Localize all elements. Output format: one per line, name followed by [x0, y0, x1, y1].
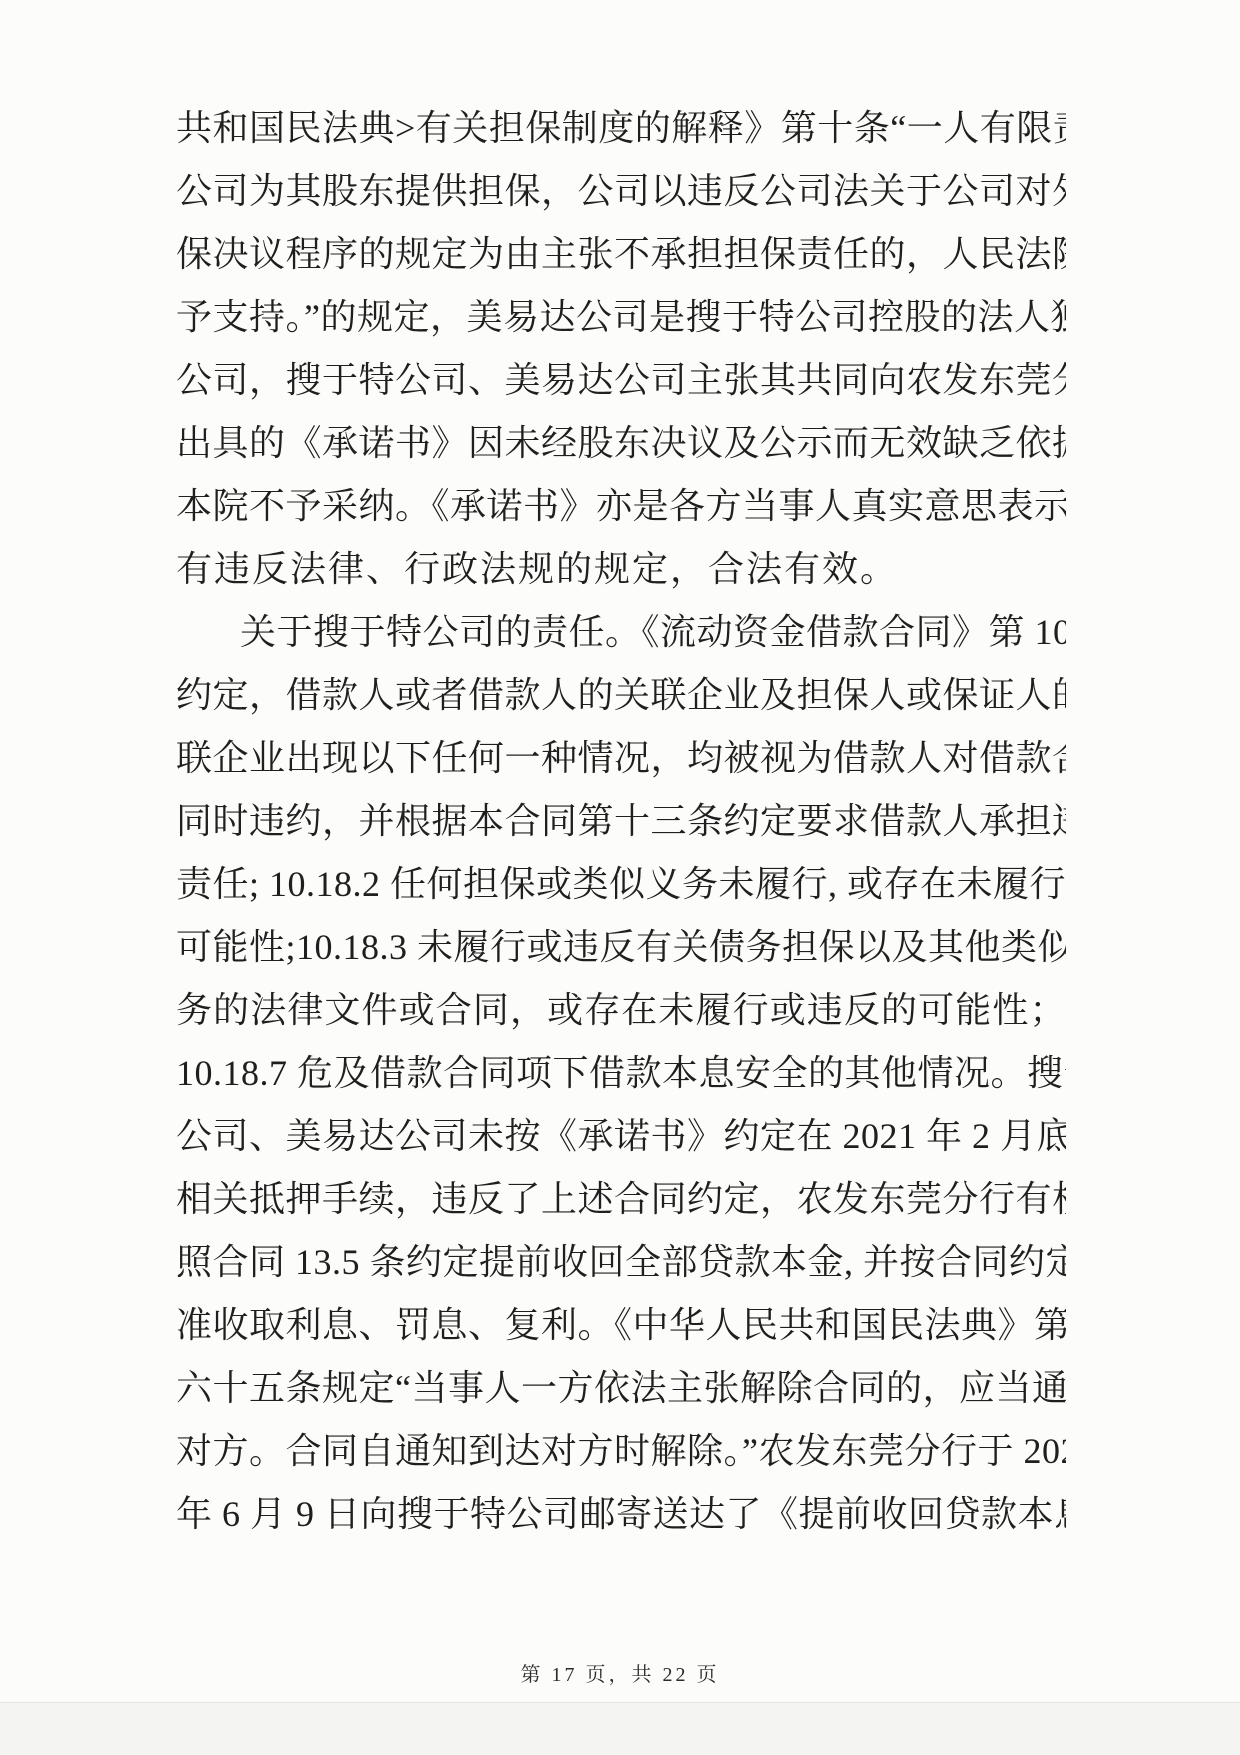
document-body: 共和国民法典>有关担保制度的解释》第十条“一人有限责任 公司为其股东提供担保，公… — [176, 97, 1066, 1546]
text-line: 责任; 10.18.2 任何担保或类似义务未履行, 或存在未履行的 — [176, 853, 1066, 916]
text-line: 相关抵押手续，违反了上述合同约定，农发东莞分行有权按 — [176, 1168, 1066, 1231]
text-line: 有违反法律、行政法规的规定，合法有效。 — [176, 538, 1066, 601]
text-line: 准收取利息、罚息、复利。《中华人民共和国民法典》第五百 — [176, 1294, 1066, 1357]
text-line: 10.18.7 危及借款合同项下借款本息安全的其他情况。搜于特 — [176, 1042, 1066, 1105]
text-line: 六十五条规定“当事人一方依法主张解除合同的，应当通知 — [176, 1357, 1066, 1420]
text-line: 约定，借款人或者借款人的关联企业及担保人或保证人的关 — [176, 664, 1066, 727]
text-line: 共和国民法典>有关担保制度的解释》第十条“一人有限责任 — [176, 97, 1066, 160]
text-line: 照合同 13.5 条约定提前收回全部贷款本金, 并按合同约定标 — [176, 1231, 1066, 1294]
page-number: 第 17 页，共 22 页 — [0, 1660, 1240, 1690]
page-bottom-margin — [0, 1703, 1240, 1755]
document-page: 共和国民法典>有关担保制度的解释》第十条“一人有限责任 公司为其股东提供担保，公… — [0, 0, 1240, 1755]
text-line: 公司为其股东提供担保，公司以违反公司法关于公司对外担 — [176, 160, 1066, 223]
text-line: 同时违约，并根据本合同第十三条约定要求借款人承担违约 — [176, 790, 1066, 853]
text-line: 公司，搜于特公司、美易达公司主张其共同向农发东莞分行 — [176, 349, 1066, 412]
text-line: 可能性;10.18.3 未履行或违反有关债务担保以及其他类似义 — [176, 916, 1066, 979]
text-line: 予支持。”的规定，美易达公司是搜于特公司控股的法人独资 — [176, 286, 1066, 349]
text-line: 对方。合同自通知到达对方时解除。”农发东莞分行于 2021 — [176, 1420, 1066, 1483]
text-line: 保决议程序的规定为由主张不承担担保责任的，人民法院不 — [176, 223, 1066, 286]
text-line: 公司、美易达公司未按《承诺书》约定在 2021 年 2 月底完成 — [176, 1105, 1066, 1168]
text-line: 务的法律文件或合同，或存在未履行或违反的可能性； — [176, 979, 1066, 1042]
text-line: 关于搜于特公司的责任。《流动资金借款合同》第 10.18 — [176, 601, 1066, 664]
text-line: 本院不予采纳。《承诺书》亦是各方当事人真实意思表示，没 — [176, 475, 1066, 538]
text-line: 联企业出现以下任何一种情况，均被视为借款人对借款合同 — [176, 727, 1066, 790]
text-line: 年 6 月 9 日向搜于特公司邮寄送达了《提前收回贷款本息通 — [176, 1483, 1066, 1546]
text-line: 出具的《承诺书》因未经股东决议及公示而无效缺乏依据， — [176, 412, 1066, 475]
